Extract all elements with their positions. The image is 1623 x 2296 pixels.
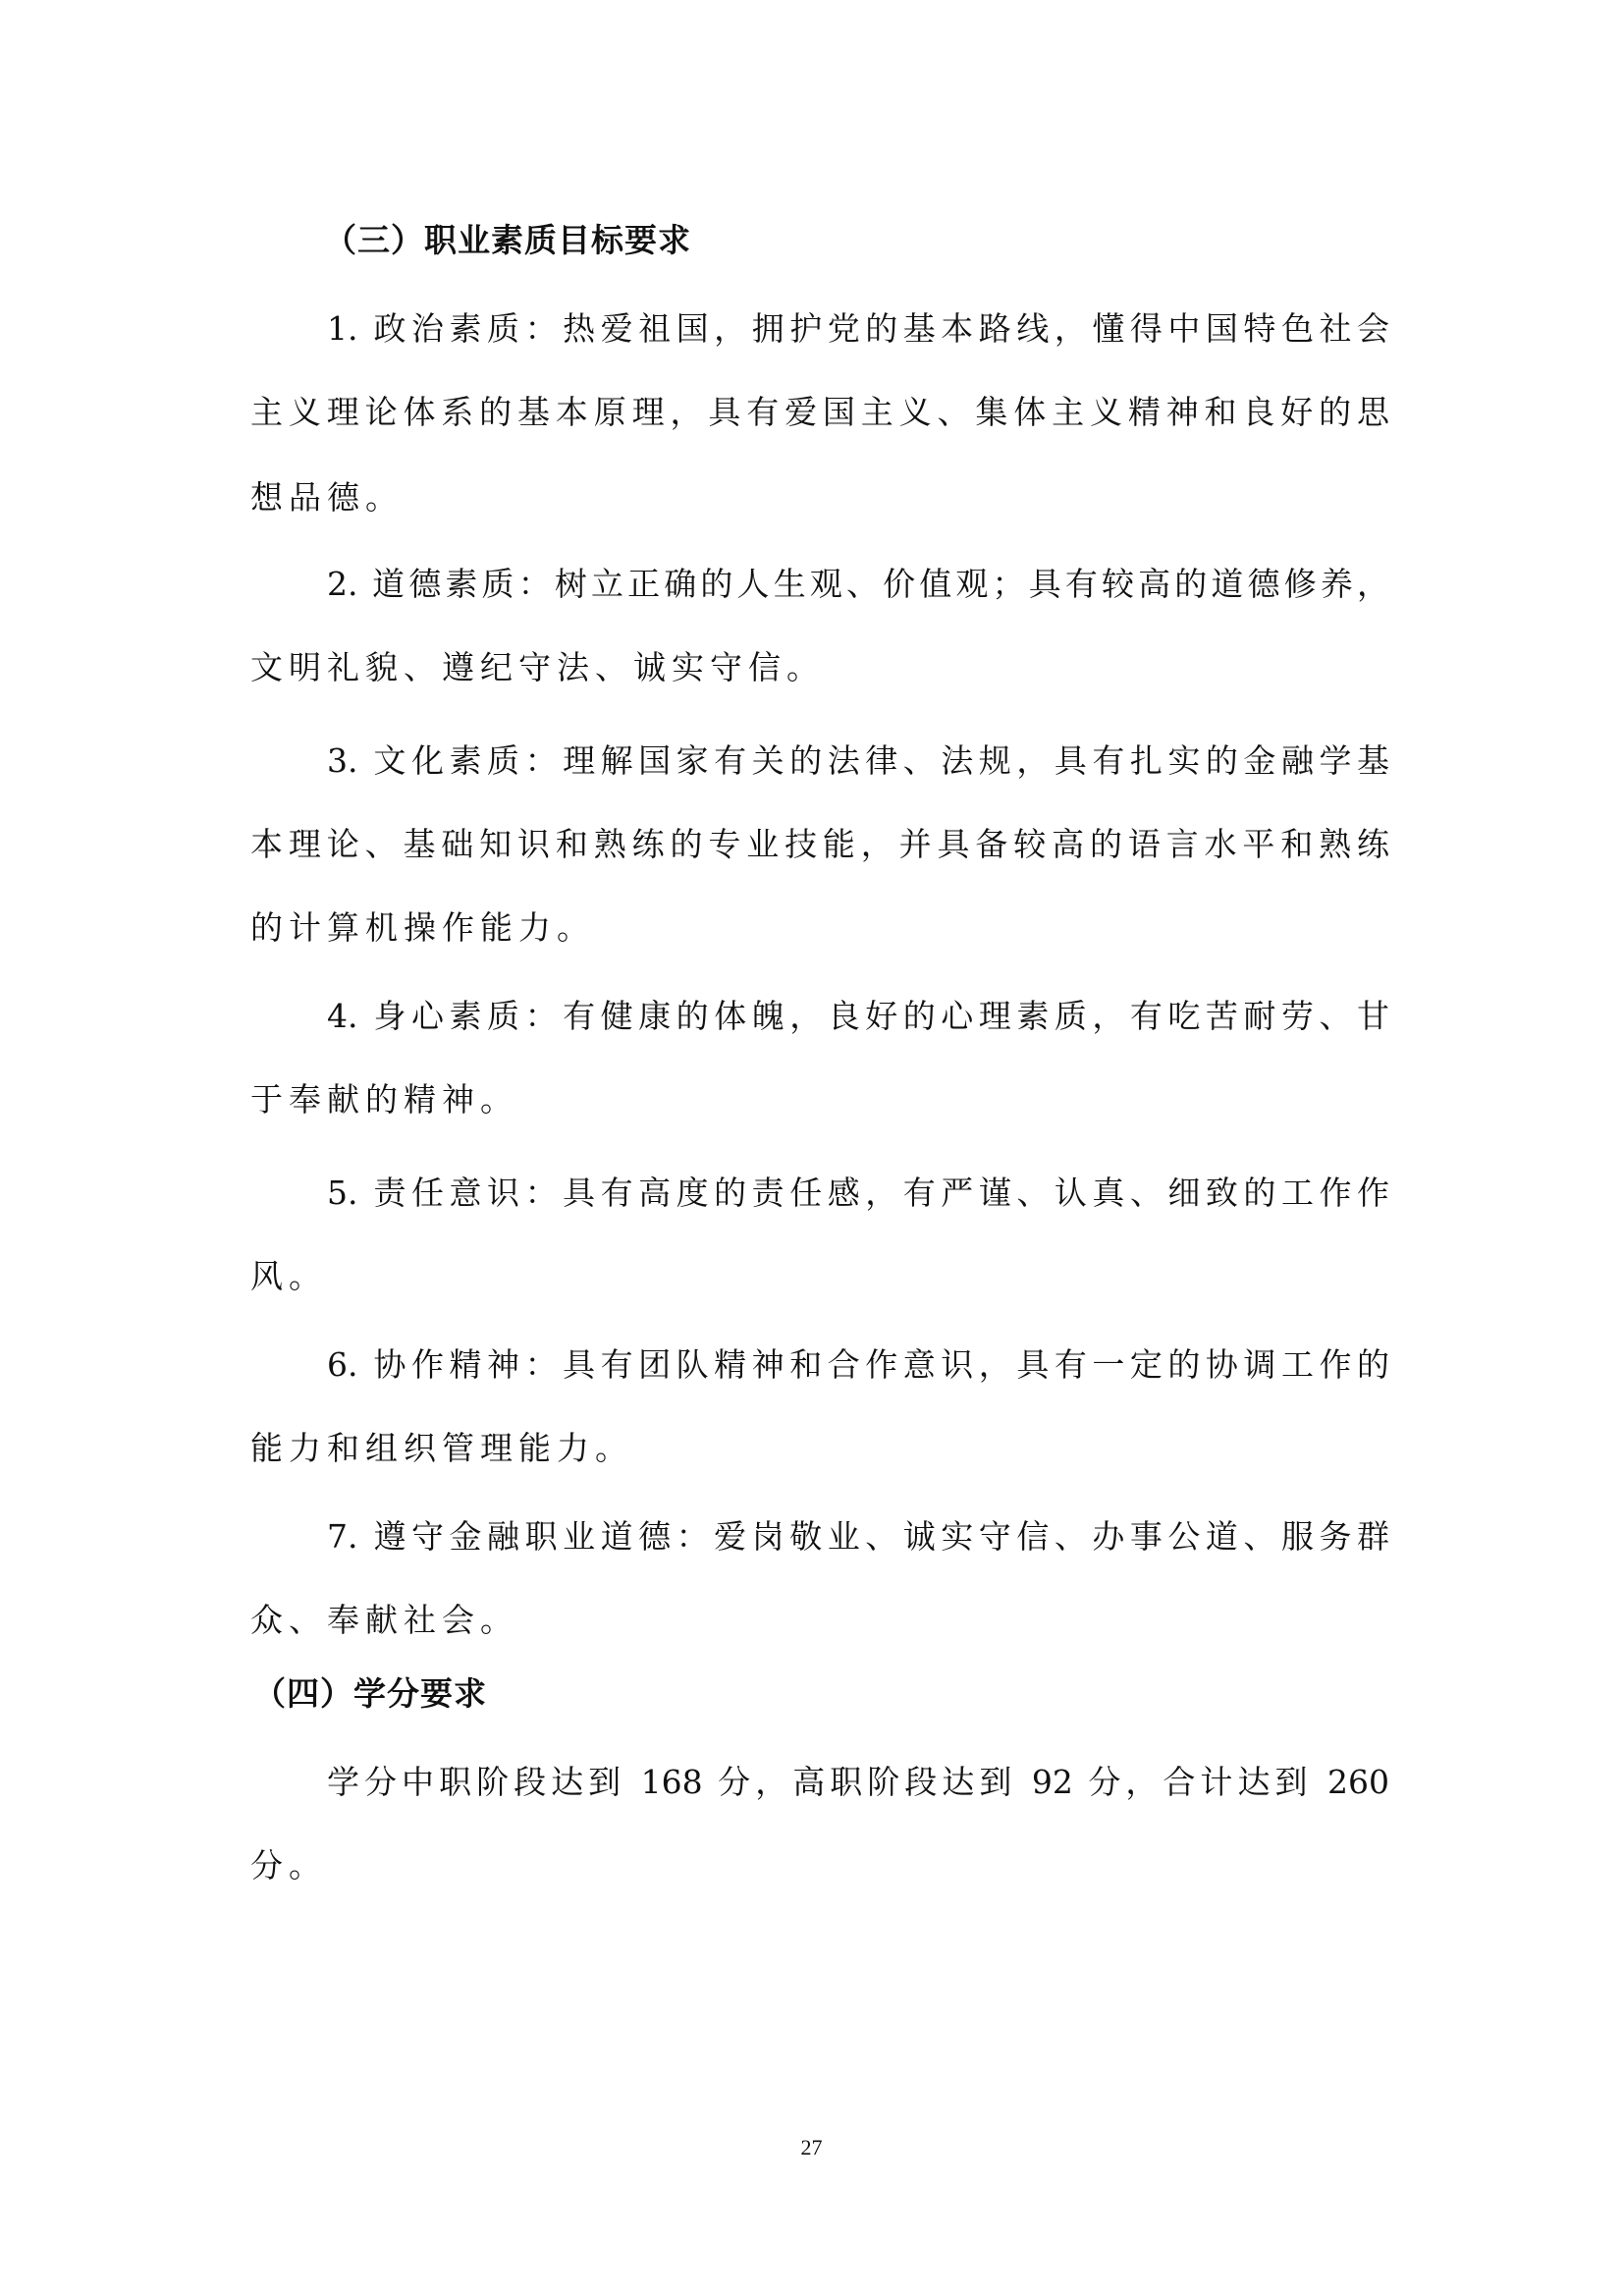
document-page: （三）职业素质目标要求 1. 政治素质：热爱祖国，拥护党的基本路线，懂得中国特色… [0,0,1623,2296]
paragraph-physical-mental-quality-line-1: 4. 身心素质：有健康的体魄，良好的心理素质，有吃苦耐劳、甘 [327,997,1389,1036]
paragraph-political-quality-line-3: 想品德。 [250,478,1389,518]
section-heading-professional-quality: （三）职业素质目标要求 [324,221,691,260]
paragraph-physical-mental-quality-line-2: 于奉献的精神。 [250,1080,1389,1120]
paragraph-responsibility-line-1: 5. 责任意识：具有高度的责任感，有严谨、认真、细致的工作作 [327,1174,1389,1213]
paragraph-cultural-quality-line-2: 本理论、基础知识和熟练的专业技能，并具备较高的语言水平和熟练 [250,825,1389,864]
paragraph-credits-line-1: 学分中职阶段达到 168 分，高职阶段达到 92 分，合计达到 260 [327,1763,1389,1802]
paragraph-cultural-quality-line-3: 的计算机操作能力。 [250,908,1389,948]
paragraph-moral-quality-line-2: 文明礼貌、遵纪守法、诚实守信。 [250,648,1389,687]
section-heading-credit-requirements: （四）学分要求 [253,1674,487,1714]
paragraph-cultural-quality-line-1: 3. 文化素质：理解国家有关的法律、法规，具有扎实的金融学基 [327,741,1389,781]
paragraph-financial-ethics-line-2: 众、奉献社会。 [250,1601,1389,1640]
paragraph-moral-quality-line-1: 2. 道德素质：树立正确的人生观、价值观；具有较高的道德修养， [327,565,1389,604]
paragraph-responsibility-line-2: 风。 [250,1257,1389,1296]
paragraph-political-quality-line-1: 1. 政治素质：热爱祖国，拥护党的基本路线，懂得中国特色社会 [327,309,1389,349]
paragraph-credits-line-2: 分。 [250,1846,1389,1886]
page-number: 27 [0,2135,1623,2160]
paragraph-political-quality-line-2: 主义理论体系的基本原理，具有爱国主义、集体主义精神和良好的思 [250,393,1389,432]
paragraph-financial-ethics-line-1: 7. 遵守金融职业道德：爱岗敬业、诚实守信、办事公道、服务群 [327,1517,1389,1557]
paragraph-teamwork-line-2: 能力和组织管理能力。 [250,1429,1389,1468]
paragraph-teamwork-line-1: 6. 协作精神：具有团队精神和合作意识，具有一定的协调工作的 [327,1345,1389,1385]
